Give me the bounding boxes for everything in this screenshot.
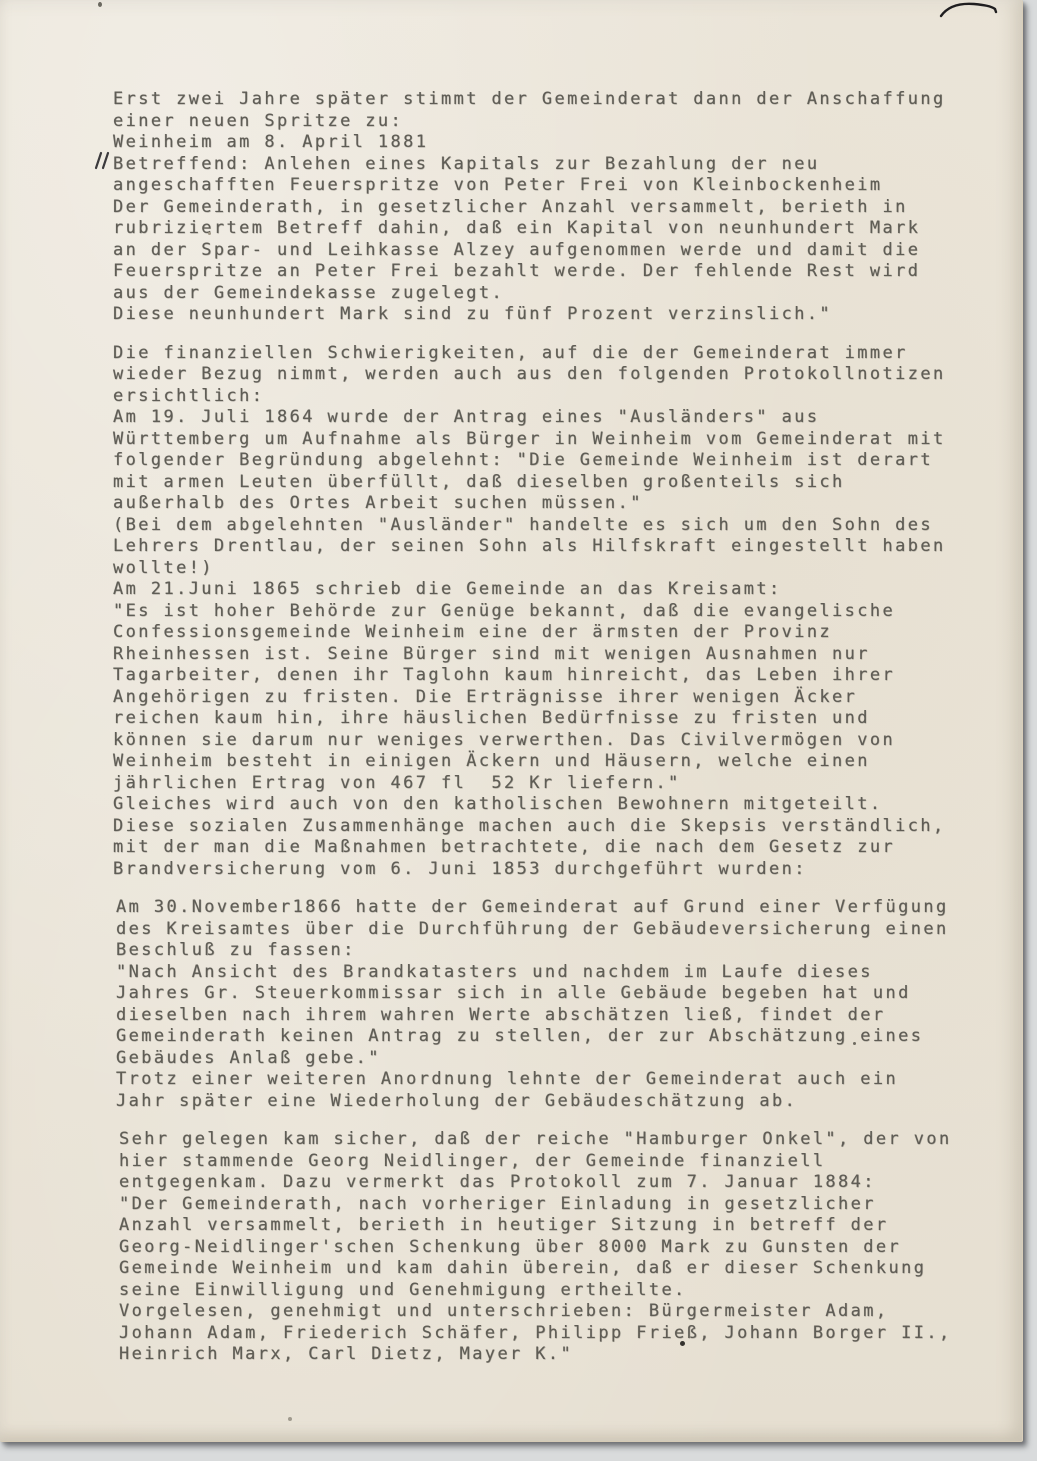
text-line: Gemeinde Weinheim und kam dahin überein,… [119, 1258, 1022, 1280]
text-line: einer neuen Spritze zu: [113, 111, 1022, 133]
text-line: Tagarbeiter, denen ihr Taglohn kaum hinr… [113, 665, 1022, 687]
text-line: Erst zwei Jahre später stimmt der Gemein… [113, 89, 1022, 111]
text-line: können sie darum nur weniges verwerthen.… [113, 730, 1022, 752]
text-line: Trotz einer weiteren Anordnung lehnte de… [116, 1069, 1022, 1091]
text-line: entgegenkam. Dazu vermerkt das Protokoll… [119, 1172, 1022, 1194]
text-line: Georg-Neidlinger'schen Schenkung über 80… [119, 1237, 1022, 1259]
text-line: außerhalb des Ortes Arbeit suchen müssen… [113, 493, 1022, 515]
text-line: jährlichen Ertrag von 467 fl 52 Kr liefe… [113, 773, 1022, 795]
text-line: (Bei dem abgelehnten "Ausländer" handelt… [113, 515, 1022, 537]
text-line: Jahr später eine Wiederholung der Gebäud… [116, 1091, 1022, 1113]
text-line: hier stammende Georg Neidlinger, der Gem… [119, 1151, 1022, 1173]
text-line: Angehörigen zu fristen. Die Erträgnisse … [113, 687, 1022, 709]
text-line: Anzahl versammelt, berieth in heutiger S… [119, 1215, 1022, 1237]
text-line: seine Einwilligung und Genehmigung erthe… [119, 1280, 1022, 1302]
text-line: "Es ist hoher Behörde zur Genüge bekannt… [113, 601, 1022, 623]
ink-speck [288, 1417, 292, 1421]
text-line: mit der man die Maßnahmen betrachtete, d… [113, 837, 1022, 859]
paragraph: Die finanziellen Schwierigkeiten, auf di… [113, 343, 1022, 881]
text-line: wieder Bezug nimmt, werden auch aus den … [113, 364, 1022, 386]
ink-speck [853, 1042, 856, 1045]
ink-speck [680, 1341, 685, 1346]
text-line: rubriziertem Betreff dahin, daß ein Kapi… [113, 218, 1022, 240]
text-line: Vorgelesen, genehmigt und unterschrieben… [119, 1301, 1022, 1323]
pen-stroke-icon [938, 1, 1000, 21]
paragraph: Sehr gelegen kam sicher, daß der reiche … [119, 1129, 1022, 1366]
text-line: ersichtlich: [113, 386, 1022, 408]
ink-speck [208, 232, 211, 235]
text-line: Diese sozialen Zusammenhänge machen auch… [113, 816, 1022, 838]
text-line: Am 30.November1866 hatte der Gemeinderat… [116, 897, 1022, 919]
text-line: Feuerspritze an Peter Frei bezahlt werde… [113, 261, 1022, 283]
text-line: Rheinhessen ist. Seine Bürger sind mit w… [113, 644, 1022, 666]
text-line: Gemeinderath keinen Antrag zu stellen, d… [116, 1026, 1022, 1048]
scan-viewer-background: { "page": { "kind": "scanned typewritten… [0, 0, 1037, 1461]
text-line: Die finanziellen Schwierigkeiten, auf di… [113, 343, 1022, 365]
text-line: an der Spar- und Leihkasse Alzey aufgeno… [113, 240, 1022, 262]
text-line: reichen kaum hin, ihre häuslichen Bedürf… [113, 708, 1022, 730]
paragraph: Am 30.November1866 hatte der Gemeinderat… [116, 897, 1022, 1112]
paragraph: Erst zwei Jahre später stimmt der Gemein… [113, 89, 1022, 326]
text-line: wollte!) [113, 558, 1022, 580]
text-line: Heinrich Marx, Carl Dietz, Mayer K." [119, 1344, 1022, 1366]
text-line: Sehr gelegen kam sicher, daß der reiche … [119, 1129, 1022, 1151]
text-line: Brandversicherung vom 6. Juni 1853 durch… [113, 859, 1022, 881]
text-line: Lehrers Drentlau, der seinen Sohn als Hi… [113, 536, 1022, 558]
text-line: Confessionsgemeinde Weinheim eine der är… [113, 622, 1022, 644]
text-line: Jahres Gr. Steuerkommissar sich in alle … [116, 983, 1022, 1005]
text-line: dieselben nach ihrem wahren Werte abschä… [116, 1005, 1022, 1027]
text-line: "Nach Ansicht des Brandkatasters und nac… [116, 962, 1022, 984]
text-line: Diese neunhundert Mark sind zu fünf Proz… [113, 304, 1022, 326]
text-line: Württemberg um Aufnahme als Bürger in We… [113, 429, 1022, 451]
text-line: aus der Gemeindekasse zugelegt. [113, 283, 1022, 305]
text-line: Gleiches wird auch von den katholischen … [113, 794, 1022, 816]
text-line: Johann Adam, Friederich Schäfer, Philipp… [119, 1323, 1022, 1345]
text-line: Gebäudes Anlaß gebe." [116, 1048, 1022, 1070]
text-line: Der Gemeinderath, in gesetzlicher Anzahl… [113, 197, 1022, 219]
text-line: Weinheim besteht in einigen Äckern und H… [113, 751, 1022, 773]
ink-speck [98, 2, 102, 7]
text-line: Am 19. Juli 1864 wurde der Antrag eines … [113, 407, 1022, 429]
text-line: folgender Begründung abgelehnt: "Die Gem… [113, 450, 1022, 472]
text-line: "Der Gemeinderath, nach vorheriger Einla… [119, 1194, 1022, 1216]
text-line: Betreffend: Anlehen eines Kapitals zur B… [113, 154, 1022, 176]
text-line: mit armen Leuten überfüllt, daß dieselbe… [113, 472, 1022, 494]
document-text: Erst zwei Jahre später stimmt der Gemein… [0, 89, 1022, 1383]
scanned-page: Erst zwei Jahre später stimmt der Gemein… [0, 0, 1023, 1442]
text-line: Beschluß zu fassen: [116, 940, 1022, 962]
text-line: angeschafften Feuerspritze von Peter Fre… [113, 175, 1022, 197]
text-line: des Kreisamtes über die Durchführung der… [116, 919, 1022, 941]
text-line: Weinheim am 8. April 1881 [113, 132, 1022, 154]
text-line: Am 21.Juni 1865 schrieb die Gemeinde an … [113, 579, 1022, 601]
